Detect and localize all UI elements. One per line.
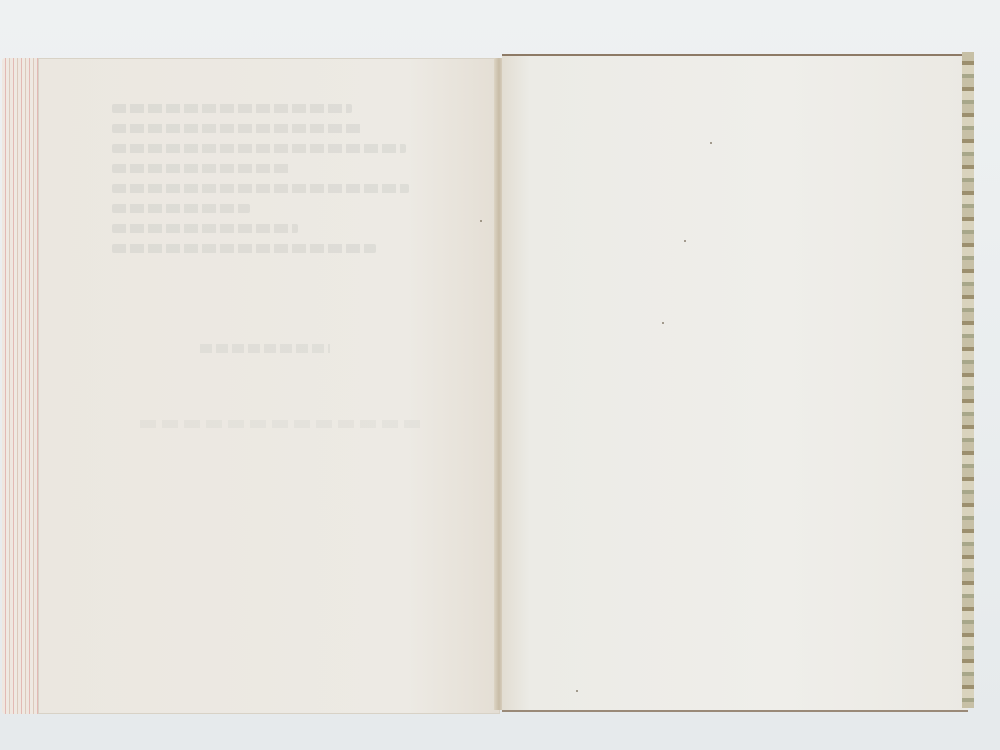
show-through-line [140,420,420,428]
left-page-show-through-text [112,104,412,264]
photo-background [0,0,1000,750]
show-through-line [112,144,406,153]
paper-speck [684,240,686,242]
show-through-line [112,224,298,233]
show-through-line [112,164,292,173]
right-page-stack-edge [962,52,974,708]
show-through-heading [200,344,330,353]
paper-speck [576,690,578,692]
show-through-line [112,124,364,133]
paper-speck [480,220,482,222]
show-through-line [112,244,376,253]
show-through-line [112,184,409,193]
show-through-line [112,104,352,113]
show-through-line [112,204,250,213]
paper-speck [710,142,712,144]
right-page [502,54,968,712]
paper-speck [662,322,664,324]
